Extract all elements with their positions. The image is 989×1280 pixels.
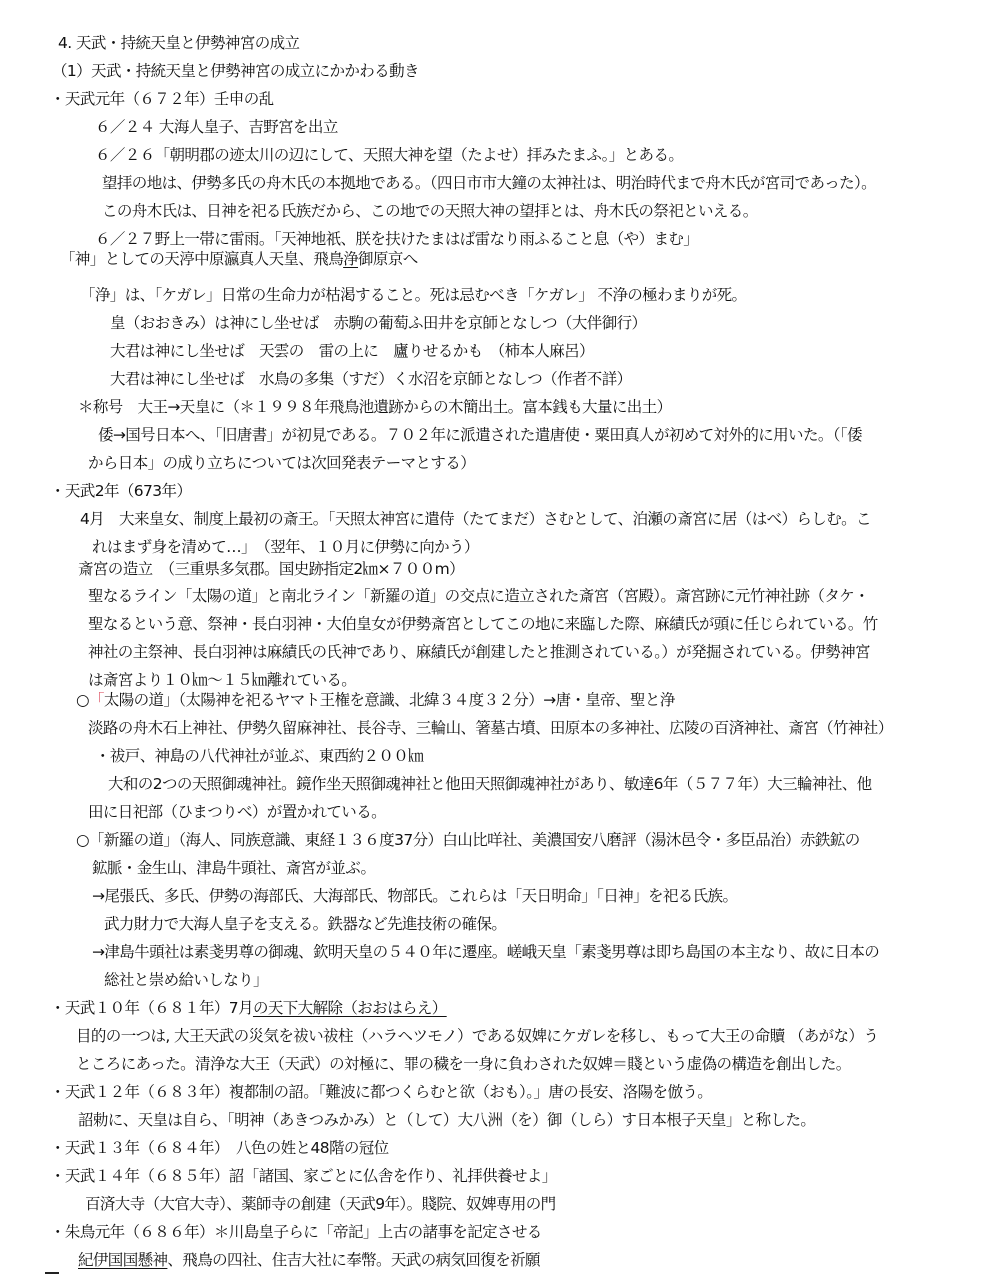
text-line: ＊称号 大王→天皇に（＊１９９８年飛鳥池遺跡からの木簡出土。富本銭も大量に出土） — [78, 397, 672, 417]
text-line: 斎宮の造立 （三重県多気郡。国史跡指定2㎞×７００m） — [78, 559, 464, 579]
text-line-kii-shrine: 紀伊国国懸神、飛鳥の四社、住吉大社に奉幣。天武の病気回復を祈願 — [78, 1250, 540, 1270]
text-segment: 御原京へ — [358, 250, 418, 268]
underlined-text: の天下大解除（おおはらえ） — [253, 999, 447, 1017]
text-line: 聖なるライン「太陽の道」と南北ライン「新羅の道」の交点に造立された斎宮（宮殿）。… — [88, 586, 869, 606]
text-line: ・天武１２年（６８３年）複都制の詔。「難波に都つくらむと欲（おも）。」唐の長安、… — [50, 1082, 712, 1102]
text-line-sun-road: ○「太陽の道」（太陽神を祀るヤマト王権を意識、北緯３４度３２分）→唐・皇帝、聖と… — [76, 690, 675, 710]
text-segment: 、飛鳥の四社、住吉大社に奉幣。天武の病気回復を祈願 — [167, 1251, 540, 1269]
text-line: →津島牛頭社は素戔男尊の御魂、欽明天皇の５４０年に遷座。嵯峨天皇「素戔男尊は即ち… — [92, 942, 879, 962]
underlined-text: 紀伊国国懸神 — [78, 1251, 167, 1269]
text-segment: 太陽の道」（太陽神を祀るヤマト王権を意識、北緯３４度３２分）→唐・皇帝、聖と浄 — [104, 691, 675, 709]
text-line: 皇（おおきみ）は神にし坐せば 赤駒の葡萄ふ田井を京師となしつ（大伴御行） — [110, 313, 646, 333]
text-line: れはまず身を清めて…」 （翌年、１０月に伊勢に向かう） — [92, 537, 479, 557]
text-line: 「浄」は、「ケガレ」日常の生命力が枯渇すること。死は忌むべき「ケガレ」 不浄の極… — [80, 285, 746, 305]
text-line: （1）天武・持統天皇と伊勢神宮の成立にかかわる動き — [52, 61, 419, 81]
text-line: ・天武１４年（６８５年）詔「諸国、家ごとに仏舎を作り、礼拝供養せよ」 — [50, 1166, 557, 1186]
text-line: から日本」の成り立ちについては次回発表テーマとする） — [88, 453, 475, 473]
text-line: 田に日祀部（ひまつりべ）が置かれている。 — [88, 802, 386, 822]
text-line: ６／２６「朝明郡の迹太川の辺にして、天照大神を望（たよせ）拝みたまふ。」とある。 — [95, 145, 683, 165]
document-page: 「神」としての天渟中原瀛真人天皇、飛鳥浄御原京へ ○「太陽の道」（太陽神を祀るヤ… — [0, 0, 989, 1280]
text-line: 目的の一つは, 大王天武の災気を祓い祓柱（ハラヘツモノ）である奴婢にケガレを移し… — [76, 1026, 878, 1046]
text-segment: 「神」としての天渟中原瀛真人天皇、飛鳥 — [60, 250, 343, 268]
text-line-tenmu-10: ・天武１０年（６８１年）7月の天下大解除（おおはらえ） — [50, 998, 447, 1018]
text-line: ・祓戸、神島の八代神社が並ぶ、東西約２００㎞ — [95, 746, 423, 766]
circle-marker: ○ — [76, 691, 89, 709]
text-line: 淡路の舟木石上神社、伊勢久留麻神社、長谷寺、三輪山、箸墓古墳、田原本の多神社、広… — [88, 718, 893, 738]
text-line: ・天武元年（６７２年）壬申の乱 — [50, 89, 274, 109]
text-line: →尾張氏、多氏、伊勢の海部氏、大海部氏、物部氏。これらは「天日明命」「日神」を祀… — [92, 886, 737, 906]
text-line: ・朱鳥元年（６８６年）＊川島皇子らに「帝記」上古の諸事を記定させる — [50, 1222, 542, 1242]
text-line: ６／２７野上一帯に雷雨。「天神地祇、朕を扶けたまはば雷なり雨ふること息（や）まむ… — [95, 229, 698, 249]
text-line: 百済大寺（大官大寺）、薬師寺の創建（天武9年）。賤院、奴婢専用の門 — [85, 1194, 556, 1214]
text-line: ところにあった。清浄な大王（天武）の対極に、罪の穢を一身に負わされた奴婢＝賤とい… — [76, 1054, 851, 1074]
text-line: ・天武１３年（６８４年） 八色の姓と48階の冠位 — [50, 1138, 389, 1158]
text-line-asuka-capital: 「神」としての天渟中原瀛真人天皇、飛鳥浄御原京へ — [60, 249, 418, 269]
text-line: 鉱脈・金生山、津島牛頭社、斎宮が並ぶ。 — [92, 858, 375, 878]
text-line: ○「新羅の道」（海人、同族意識、東経１３６度37分）白山比咩社、美濃国安八磨評（… — [76, 830, 860, 850]
text-line: 倭→国号日本へ、「旧唐書」が初見である。７０２年に派遣された遣唐使・粟田真人が初… — [98, 425, 862, 445]
text-line: 望拝の地は、伊勢多氏の舟木氏の本拠地である。（四日市市大鐘の太神社は、明治時代ま… — [102, 173, 876, 193]
text-line: 総社と崇め給いしなり」 — [104, 970, 268, 990]
red-bracket: 「 — [89, 691, 104, 709]
text-line: 大和の2つの天照御魂神社。鏡作坐天照御魂神社と他田天照御魂神社があり、敏達6年（… — [108, 774, 872, 794]
text-line: 聖なるという意、祭神・長白羽神・大伯皇女が伊勢斎宮としてこの地に来臨した際、麻績… — [88, 614, 878, 634]
text-line: 詔勅に、天皇は自ら、「明神（あきつみかみ）と（して）大八洲（を）御（しら）す日本… — [78, 1110, 815, 1130]
text-line: 大君は神にし坐せば 天雲の 雷の上に 廬りせるかも （柿本人麻呂） — [110, 341, 594, 361]
text-line: この舟木氏は、日神を祀る氏族だから、この地での天照大神の望拝とは、舟木氏の祭祀と… — [102, 201, 758, 221]
text-line: 武力財力で大海人皇子を支える。鉄器など先進技術の確保。 — [104, 914, 506, 934]
bottom-rule-mark — [45, 1272, 59, 1274]
text-segment: ・天武１０年（６８１年）7月 — [50, 999, 253, 1017]
text-line: ・天武2年（673年） — [50, 481, 191, 501]
text-line: ６／２４ 大海人皇子、吉野宮を出立 — [95, 117, 338, 137]
text-line: 4月 大来皇女、制度上最初の斎王。「天照太神宮に遣侍（たてまだ）さむとして、泊瀬… — [80, 509, 871, 529]
underlined-text: 浄 — [343, 250, 358, 268]
text-line: 4. 天武・持統天皇と伊勢神宮の成立 — [58, 33, 299, 53]
text-line: 大君は神にし坐せば 水鳥の多集（すだ）く水沼を京師となしつ（作者不詳） — [110, 369, 632, 389]
text-line: 神社の主祭神、長白羽神は麻績氏の氏神であり、麻績氏が創建したと推測されている。）… — [88, 642, 870, 662]
text-line: は斎宮より１０㎞～１５㎞離れている。 — [88, 670, 356, 690]
